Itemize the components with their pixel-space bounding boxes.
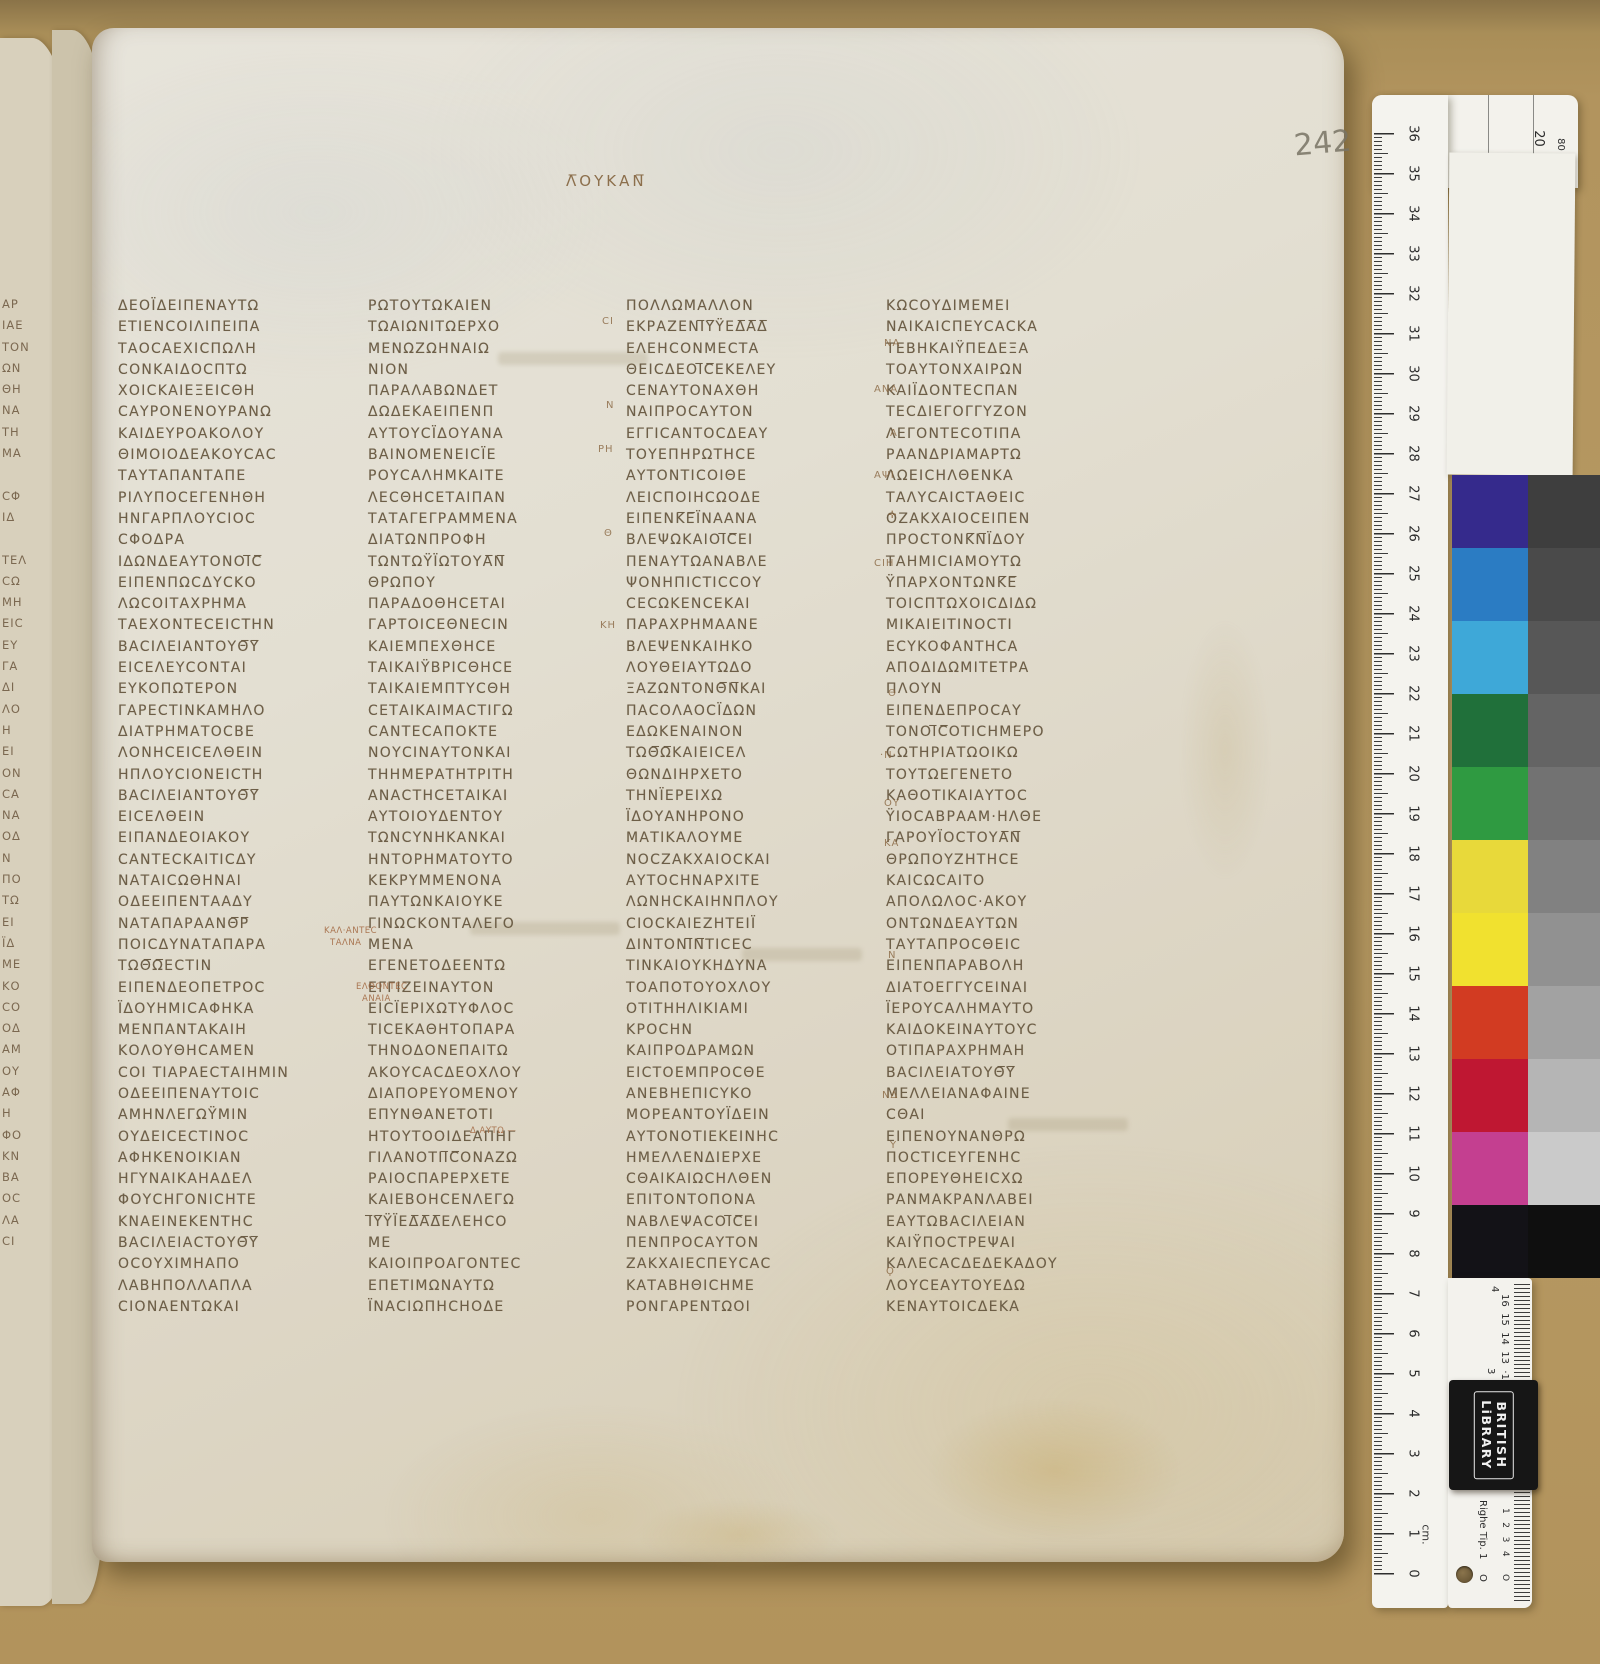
ruler-cm-number: 3 xyxy=(1406,1441,1421,1467)
cm-ticks xyxy=(1374,133,1394,1576)
edge-fragment: ΑΦ xyxy=(2,1085,56,1106)
manuscript-line: ΕΥΚΟΠΩΤΕΡΟΝ xyxy=(118,679,370,700)
manuscript-line: ΤΑΙΚΑΙΫΒΡΙϹΘΗϹΕ xyxy=(368,658,620,679)
color-swatch xyxy=(1528,986,1600,1059)
edge-fragment: ΤΩ xyxy=(2,893,56,914)
manuscript-line: ΚΑΙΕΒΟΗϹΕΝΛΕΓΩ xyxy=(368,1190,620,1211)
color-swatch xyxy=(1528,548,1600,621)
edge-fragment: ΙΑΕ xyxy=(2,318,56,339)
manuscript-line: ϹΙΟϹΚΑΙΕΖΗΤΕΙΪ xyxy=(626,914,878,935)
manuscript-line: ΘΡΩΠΟΥΖΗΤΗϹΕ xyxy=(886,850,1138,871)
ruler: 0123456789101112131415161718192021222324… xyxy=(1372,95,1448,1608)
running-title: Λ̅ΟΥΚΑΝ̅ xyxy=(566,172,647,190)
secondary-scale-ticks xyxy=(1514,1284,1530,1378)
manuscript-line: ϹΑΝΤΕϹΑΠΟΚΤΕ xyxy=(368,722,620,743)
manuscript-line: ΠΑΡΑΧΡΗΜΑΑΝΕ xyxy=(626,615,878,636)
margin-mark: ΑΝΑ xyxy=(874,384,898,395)
manuscript-line: ΜΕ xyxy=(368,1233,620,1254)
manuscript-line: ΘΩΝΔΙΗΡΧΕΤΟ xyxy=(626,765,878,786)
color-swatch xyxy=(1452,548,1528,621)
margin-mark: ✛ xyxy=(888,510,897,521)
edge-fragment: ΕΙ xyxy=(2,915,56,936)
manuscript-line: ΨΟΝΗΠΙϹΤΙϹϹΟΥ xyxy=(626,573,878,594)
manuscript-line: ϹΑΥΡΟΝΕΝΟΥΡΑΝΩ xyxy=(118,402,370,423)
margin-mark: ΡΗ xyxy=(598,444,614,455)
manuscript-line: ΘΙΜΟΙΟΔΕΑΚΟΥϹΑϹ xyxy=(118,445,370,466)
margin-mark: ·Ν· xyxy=(880,750,897,761)
ruler-cm-number: 22 xyxy=(1406,681,1421,707)
manuscript-line: ΕΠΥΝΘΑΝΕΤΟΤΙ xyxy=(368,1105,620,1126)
secondary-scale-numbers-high: 16 15 14 13 ·12 xyxy=(1499,1294,1510,1386)
manuscript-line: ΒΑϹΙΛΕΙΑΤΟΥΘ̅Υ̅ xyxy=(886,1063,1138,1084)
color-swatch xyxy=(1452,1059,1528,1132)
secondary-scale-extra: 4 xyxy=(1489,1286,1500,1292)
manuscript-line: ΗΝΓΑΡΠΛΟΥϹΙΟϹ xyxy=(118,509,370,530)
ruler-cm-number: 18 xyxy=(1406,841,1421,867)
ruler-cm-number: 29 xyxy=(1406,401,1421,427)
manuscript-line: ΗΠΛΟΥϹΙΟΝΕΙϹΤΗ xyxy=(118,765,370,786)
color-swatch xyxy=(1528,694,1600,767)
manuscript-line: ΕΙΠΕΝΔΕΠΡΟϹΑΥ xyxy=(886,701,1138,722)
manuscript-line: ΕΙΠΕΝΠΩϹΔΥϹΚΟ xyxy=(118,573,370,594)
margin-mark: ΑΨΙ xyxy=(874,470,895,481)
manuscript-line: ΔΙΑΤΡΗΜΑΤΟϹΒΕ xyxy=(118,722,370,743)
manuscript-line: ΘΡΩΠΟΥ xyxy=(368,573,620,594)
edge-fragment: ΤΕΛ xyxy=(2,553,56,574)
ruler-cm-number: 33 xyxy=(1406,241,1421,267)
edge-fragment xyxy=(2,531,56,552)
manuscript-line: ΚΩϹΟΥΔΙΜΕΜΕΙ xyxy=(886,296,1138,317)
parchment-stain xyxy=(1180,620,1270,880)
edge-fragment: ΚΟ xyxy=(2,979,56,1000)
manuscript-line: ΑΚΟΥϹΑϹΔΕΟΧΛΟΥ xyxy=(368,1063,620,1084)
edge-fragment: ϹΩ xyxy=(2,574,56,595)
manuscript-line: ΔΙΝΤΟΝΙ̅Ν̅ΤΙϹΕϹ xyxy=(626,935,878,956)
manuscript-line: ΔΕΟΪΔΕΙΠΕΝΑΥΤΩ xyxy=(118,296,370,317)
manuscript-line: ΚΑΘΟΤΙΚΑΙΑΥΤΟϹ xyxy=(886,786,1138,807)
edge-fragment: ΟΔ xyxy=(2,1021,56,1042)
manuscript-line: ΑΥΤΟϹΗΝΑΡΧΙΤΕ xyxy=(626,871,878,892)
edge-fragment: ΜΕ xyxy=(2,957,56,978)
parchment-stain xyxy=(640,1500,840,1570)
manuscript-line: ΓΑΡΟΥΪΟϹΤΟΥΑ̅Ν̅ xyxy=(886,828,1138,849)
manuscript-line: ΝΟΥϹΙΝΑΥΤΟΝΚΑΙ xyxy=(368,743,620,764)
manuscript-line: ΠΕΝΑΥΤΩΑΝΑΒΛΕ xyxy=(626,552,878,573)
manuscript-line: ΤΕΒΗΚΑΙΫΠΕΔΕΞΑ xyxy=(886,339,1138,360)
edge-fragment: ΛΟ xyxy=(2,702,56,723)
manuscript-line: ΠΑϹΟΛΑΟϹΪΔΩΝ xyxy=(626,701,878,722)
color-swatch xyxy=(1528,767,1600,840)
ruler-cm-number: 6 xyxy=(1406,1321,1421,1347)
manuscript-line: ΚΑΙϹΩϹΑΙΤΟ xyxy=(886,871,1138,892)
edge-fragment: ϹΙ xyxy=(2,1234,56,1255)
manuscript-line: ΕΠΕΤΙΜΩΝΑΥΤΩ xyxy=(368,1276,620,1297)
manuscript-line: ΜΕΛΛΕΙΑΝΑΦΑΙΝΕ xyxy=(886,1084,1138,1105)
manuscript-line: ΒΑϹΙΛΕΙΑϹΤΟΥΘ̅Υ̅ xyxy=(118,1233,370,1254)
british-library-label-line2: LiBRARY xyxy=(1478,1400,1493,1470)
manuscript-line: ΚΡΟϹΗΝ xyxy=(626,1020,878,1041)
manuscript-line: ϹΦΟΔΡΑ xyxy=(118,530,370,551)
manuscript-line: ΠΑΡΑΔΟΘΗϹΕΤΑΙ xyxy=(368,594,620,615)
text-column-4: ΚΩϹΟΥΔΙΜΕΜΕΙΝΑΙΚΑΙϹΠΕΥϹΑϹΚΑΤΕΒΗΚΑΙΫΠΕΔΕΞ… xyxy=(886,296,1138,1318)
manuscript-line: ΤΗΝΪΕΡΕΙΧΩ xyxy=(626,786,878,807)
ruler-cm-number: 11 xyxy=(1406,1121,1421,1147)
edge-fragment: ΝΑ xyxy=(2,808,56,829)
manuscript-line: ΕΚΡΑΖΕΝΙ̅Υ̅ΫΕΔ̅Α̅Δ̅ xyxy=(626,317,878,338)
manuscript-line: ϹΕΝΑΥΤΟΝΑΧΘΗ xyxy=(626,381,878,402)
edge-fragment: ΟϹ xyxy=(2,1191,56,1212)
margin-mark: Α xyxy=(890,428,898,439)
edge-fragment: ΠΟ xyxy=(2,872,56,893)
manuscript-line: ΡΑΑΝΔΡΙΑΜΑΡΤΩ xyxy=(886,445,1138,466)
manuscript-line: ΤΑΙΚΑΙΕΜΠΤΥϹΘΗ xyxy=(368,679,620,700)
manuscript-line: ΠΡΟϹΤΟΝΚ̅Ν̅ΪΔΟΥ xyxy=(886,530,1138,551)
ruler-top-code: 20 xyxy=(1531,130,1546,147)
manuscript-line: ΪΕΡΟΥϹΑΛΗΜΑΥΤΟ xyxy=(886,999,1138,1020)
manuscript-line: ΟΔΕΕΙΠΕΝΑΥΤΟΙϹ xyxy=(118,1084,370,1105)
manuscript-line: ΤΟΑΥΤΟΝΧΑΙΡΩΝ xyxy=(886,360,1138,381)
manuscript-line: ΚΑΙΕΜΠΕΧΘΗϹΕ xyxy=(368,637,620,658)
manuscript-line: ΤΩΑΙΩΝΙΤΩΕΡΧΟ xyxy=(368,317,620,338)
manuscript-line: ΕΠΙΤΟΝΤΟΠΟΝΑ xyxy=(626,1190,878,1211)
manuscript-line: ΤΑΛΥϹΑΙϹΤΑΘΕΙϹ xyxy=(886,488,1138,509)
manuscript-line: ΠΛΟΥΝ xyxy=(886,679,1138,700)
manuscript-line: ΚΑΛΕϹΑϹΔΕΔΕΚΑΔΟΥ xyxy=(886,1254,1138,1275)
margin-mark: Υ xyxy=(890,1140,897,1151)
manuscript-line: ΦΟΥϹΗΓΟΝΙϹΗΤΕ xyxy=(118,1190,370,1211)
edge-fragment: ΘΗ xyxy=(2,382,56,403)
color-swatch xyxy=(1452,913,1528,986)
text-column-1: ΔΕΟΪΔΕΙΠΕΝΑΥΤΩΕΤΙΕΝϹΟΙΛΙΠΕΙΠΑΤΑΟϹΑΕΧΙϹΠΩ… xyxy=(118,296,370,1318)
manuscript-line: ΑΝΑϹΤΗϹΕΤΑΙΚΑΙ xyxy=(368,786,620,807)
manuscript-line: ΟΖΑΚΧΑΙΟϹΕΙΠΕΝ xyxy=(886,509,1138,530)
marginal-gloss: ΚΑΛ·ΑΝΤΕϹ xyxy=(324,926,377,936)
manuscript-line: ΚΑΙΠΡΟΔΡΑΜΩΝ xyxy=(626,1041,878,1062)
manuscript-line: ΞΑΖΩΝΤΟΝΘ̅Ν̅ΚΑΙ xyxy=(626,679,878,700)
manuscript-line: ΤΟΑΠΟΤΟΥΟΧΛΟΥ xyxy=(626,978,878,999)
ruler-cm-number: 30 xyxy=(1406,361,1421,387)
manuscript-line: ΓΑΡΕϹΤΙΝΚΑΜΗΛΟ xyxy=(118,701,370,722)
manuscript-line: ΡΑΙΟϹΠΑΡΕΡΧΕΤΕ xyxy=(368,1169,620,1190)
manuscript-line: ΤΩΝΤΩΫΪΩΤΟΥΑ̅Ν̅ xyxy=(368,552,620,573)
manuscript-line: ΧΟΙϹΚΑΙΕΞΕΙϹΘΗ xyxy=(118,381,370,402)
edge-fragment: ΚΝ xyxy=(2,1149,56,1170)
manuscript-line: ΛΑΒΗΠΟΛΛΑΠΛΑ xyxy=(118,1276,370,1297)
manuscript-line: ϹΙΟΝΑΕΝΤΩΚΑΙ xyxy=(118,1297,370,1318)
manuscript-line: ΠΟϹΤΙϹΕΥΓΕΝΗϹ xyxy=(886,1148,1138,1169)
manuscript-line: ΚΕΚΡΥΜΜΕΝΟΝΑ xyxy=(368,871,620,892)
manuscript-line: ΚΑΙΪΔΟΝΤΕϹΠΑΝ xyxy=(886,381,1138,402)
folio-number: 242 xyxy=(1293,124,1353,164)
manuscript-line: ΜΟΡΕΑΝΤΟΥΪΔΕΙΝ xyxy=(626,1105,878,1126)
manuscript-line: ΕΙΠΕΝΠΑΡΑΒΟΛΗ xyxy=(886,956,1138,977)
ruler-cm-number: 27 xyxy=(1406,481,1421,507)
manuscript-line: ΝΑΤΑΙϹΩΘΗΝΑΙ xyxy=(118,871,370,892)
manuscript-line: ΠΕΝΠΡΟϹΑΥΤΟΝ xyxy=(626,1233,878,1254)
edge-fragment: ΦΟ xyxy=(2,1128,56,1149)
edge-fragment: ΜΑ xyxy=(2,446,56,467)
manuscript-line: ΑΜΗΝΛΕΓΩΫΜΙΝ xyxy=(118,1105,370,1126)
edge-fragment: ΤΟΝ xyxy=(2,340,56,361)
manuscript-line: ΙΔΩΝΔΕΑΥΤΟΝΟΙ̅Ϲ̅ xyxy=(118,552,370,573)
manuscript-line: ΕΙΠΑΝΔΕΟΙΑΚΟΥ xyxy=(118,828,370,849)
manuscript-line: ΗΓΥΝΑΙΚΑΗΑΔΕΛ xyxy=(118,1169,370,1190)
edge-fragment: ΪΔ xyxy=(2,936,56,957)
edge-fragment xyxy=(2,467,56,488)
marginal-gloss: ΑΝΑΙΑ xyxy=(362,994,391,1004)
manuscript-line: ΗΝΤΟΡΗΜΑΤΟΥΤΟ xyxy=(368,850,620,871)
color-chart-colors xyxy=(1452,475,1528,1278)
marginal-gloss: ΤΑΛΝΑ xyxy=(330,938,362,948)
manuscript-line: ΒΛΕΨΩΚΑΙΟΙ̅Ϲ̅ΕΙ xyxy=(626,530,878,551)
manuscript-line: ΒΑϹΙΛΕΙΑΝΤΟΥΘ̅Υ̅ xyxy=(118,786,370,807)
edge-fragment: ΑΜ xyxy=(2,1042,56,1063)
manuscript-line: ΕΙϹΪΕΡΙΧΩΤΥΦΛΟϹ xyxy=(368,999,620,1020)
manuscript-line: ΔΩΔΕΚΑΕΙΠΕΝΠ xyxy=(368,402,620,423)
edge-fragment: ΝΑ xyxy=(2,403,56,424)
ruler-top-code: 80 xyxy=(1555,138,1566,151)
ruler-cm-number: 13 xyxy=(1406,1041,1421,1067)
manuscript-line: ΟΤΙΠΑΡΑΧΡΗΜΑΗ xyxy=(886,1041,1138,1062)
manuscript-line: ΫΙΟϹΑΒΡΑΑΜ·ΗΛΘΕ xyxy=(886,807,1138,828)
ruler-cm-number: 7 xyxy=(1406,1281,1421,1307)
manuscript-line: ΪΔΟΥΗΜΙϹΑΦΗΚΑ xyxy=(118,999,370,1020)
manuscript-line: ΜΙΚΑΙΕΙΤΙΝΟϹΤΙ xyxy=(886,615,1138,636)
british-library-label-line1: BRITISH xyxy=(1493,1400,1508,1470)
manuscript-line: ΜΕΝΑ xyxy=(368,935,620,956)
manuscript-line: ΛΩΝΗϹΚΑΙΗΝΠΛΟΥ xyxy=(626,892,878,913)
manuscript-line: ΝΟϹΖΑΚΧΑΙΟϹΚΑΙ xyxy=(626,850,878,871)
color-swatch xyxy=(1528,621,1600,694)
edge-fragment: ΕΥ xyxy=(2,638,56,659)
ruler-cm-number: 20 xyxy=(1406,761,1421,787)
british-library-label: BRITISH LiBRARY xyxy=(1449,1380,1538,1490)
manuscript-line: ΤΟΥΕΠΗΡΩΤΗϹΕ xyxy=(626,445,878,466)
manuscript-line: ΕΔΩΚΕΝΑΙΝΟΝ xyxy=(626,722,878,743)
edge-fragment: ΟΔ xyxy=(2,829,56,850)
edge-fragment: Η xyxy=(2,1106,56,1127)
manuscript-line: ΚΑΙΔΕΥΡΟΑΚΟΛΟΥ xyxy=(118,424,370,445)
manuscript-line: ΛΟΝΗϹΕΙϹΕΛΘΕΙΝ xyxy=(118,743,370,764)
ruler-cm-number: 34 xyxy=(1406,201,1421,227)
ruler-cm-number: 1 xyxy=(1406,1521,1421,1547)
ruler-cm-number: 31 xyxy=(1406,321,1421,347)
margin-mark: Ν xyxy=(888,950,896,961)
manuscript-line: ΤΟΥΤΩΕΓΕΝΕΤΟ xyxy=(886,765,1138,786)
margin-mark: ΚΗ xyxy=(600,620,616,631)
margin-mark: ΝΔ xyxy=(882,1090,898,1101)
edge-fragment: ΤΗ xyxy=(2,425,56,446)
manuscript-line: ΪΔΟΥΑΝΗΡΟΝΟ xyxy=(626,807,878,828)
manuscript-line: ΑΥΤΟΝΟΤΙΕΚΕΙΝΗϹ xyxy=(626,1127,878,1148)
manuscript-line: ΡΙΛΥΠΟϹΕΓΕΝΗΘΗ xyxy=(118,488,370,509)
manuscript-line: ϹΟΝΚΑΙΔΟϹΠΤΩ xyxy=(118,360,370,381)
secondary-scale-label: Righe Tip. 1 xyxy=(1477,1500,1488,1559)
manuscript-line: ΝΑΙΚΑΙϹΠΕΥϹΑϹΚΑ xyxy=(886,317,1138,338)
edge-fragment: ϹΦ xyxy=(2,489,56,510)
manuscript-line: ΛΕΓΟΝΤΕϹΟΤΙΠΑ xyxy=(886,424,1138,445)
ruler-cm-number: 10 xyxy=(1406,1161,1421,1187)
ruler-cm-number: 15 xyxy=(1406,961,1421,987)
edge-fragment: ΑΡ xyxy=(2,297,56,318)
edge-fragment: ΜΗ xyxy=(2,595,56,616)
color-swatch xyxy=(1452,986,1528,1059)
margin-mark: Θ xyxy=(888,688,897,699)
manuscript-line: ΡΑΝΜΑΚΡΑΝΛΑΒΕΙ xyxy=(886,1190,1138,1211)
manuscript-line: ΤΕϹΔΙΕΓΟΓΓΥΖΟΝ xyxy=(886,402,1138,423)
photo-stage: ΑΡΙΑΕΤΟΝΩΝΘΗΝΑΤΗΜΑϹΦΙΔΤΕΛϹΩΜΗΕΙϹΕΥΓΑΔΙΛΟ… xyxy=(0,0,1600,1664)
manuscript-line: ΔΙΑΠΟΡΕΥΟΜΕΝΟΥ xyxy=(368,1084,620,1105)
color-swatch xyxy=(1452,1132,1528,1205)
edge-fragment: ΓΑ xyxy=(2,659,56,680)
manuscript-line: ΤΑΥΤΑΠΑΝΤΑΠΕ xyxy=(118,466,370,487)
ruler-cm-number: 28 xyxy=(1406,441,1421,467)
color-chart-grayscale xyxy=(1528,475,1600,1278)
manuscript-line: ΕΤΙΕΝϹΟΙΛΙΠΕΙΠΑ xyxy=(118,317,370,338)
manuscript-line: ΤΗΝΟΔΟΝΕΠΑΙΤΩ xyxy=(368,1041,620,1062)
manuscript-line: ΤΩΘ̅Ω̅ΕϹΤΙΝ xyxy=(118,956,370,977)
edge-fragment: ΔΙ xyxy=(2,680,56,701)
color-swatch xyxy=(1452,840,1528,913)
manuscript-line: ΕΠΟΡΕΥΘΗΕΙϹΧΩ xyxy=(886,1169,1138,1190)
edge-fragment: ϹΑ xyxy=(2,787,56,808)
manuscript-line: ΟϹΟΥΧΙΜΗΑΠΟ xyxy=(118,1254,370,1275)
edge-fragment: ΕΙ xyxy=(2,744,56,765)
manuscript-line: ΤΑΤΑΓΕΓΡΑΜΜΕΝΑ xyxy=(368,509,620,530)
manuscript-line: ϹΟΙ ΤΙΑΡΑΕϹΤΑΙΗΜΙΝ xyxy=(118,1063,370,1084)
manuscript-line: ΒΑϹΙΛΕΙΑΝΤΟΥΘ̅Υ̅ xyxy=(118,637,370,658)
text-column-3: ΠΟΛΛΩΜΑΛΛΟΝΕΚΡΑΖΕΝΙ̅Υ̅ΫΕΔ̅Α̅Δ̅ΕΛΕΗϹΟΝΜΕϹ… xyxy=(626,296,878,1318)
manuscript-line: ΜΕΝΠΑΝΤΑΚΑΙΗ xyxy=(118,1020,370,1041)
color-swatch xyxy=(1528,840,1600,913)
manuscript-line: ΕΙΠΕΝΟΥΝΑΝΘΡΩ xyxy=(886,1127,1138,1148)
manuscript-line: ϹΑΝΤΕϹΚΑΙΤΙϹΔΥ xyxy=(118,850,370,871)
color-swatch xyxy=(1528,475,1600,548)
edge-fragment: ΒΑ xyxy=(2,1170,56,1191)
manuscript-line: ΤΑΥΤΑΠΡΟϹΘΕΙϹ xyxy=(886,935,1138,956)
manuscript-line: ΤΟΝΟΙ̅Ϲ̅ΟΤΙϹΗΜΕΡΟ xyxy=(886,722,1138,743)
manuscript-line: ΔΙΑΤΟΕΓΓΥϹΕΙΝΑΙ xyxy=(886,978,1138,999)
color-swatch xyxy=(1528,1132,1600,1205)
ruler-cm-number: 5 xyxy=(1406,1361,1421,1387)
ruler-cm-number: 2 xyxy=(1406,1481,1421,1507)
manuscript-line: ΒΛΕΨΕΝΚΑΙΗΚΟ xyxy=(626,637,878,658)
manuscript-line: ΤΙϹΕΚΑΘΗΤΟΠΑΡΑ xyxy=(368,1020,620,1041)
secondary-scale-numbers-low: 1 2 3 4 xyxy=(1500,1508,1510,1557)
margin-mark: ΝΑ xyxy=(884,338,900,349)
manuscript-line: ΚΑΙΔΟΚΕΙΝΑΥΤΟΥϹ xyxy=(886,1020,1138,1041)
ruler-ticks xyxy=(1374,133,1396,1576)
ruler-cm-number: 14 xyxy=(1406,1001,1421,1027)
ruler-cm-number: 16 xyxy=(1406,921,1421,947)
edge-fragment: ΙΔ xyxy=(2,510,56,531)
interlinear-gloss: Δ ΑΥΤΩ — xyxy=(470,1126,516,1136)
manuscript-line: ΛΕΙϹΠΟΙΗϹΩΟΔΕ xyxy=(626,488,878,509)
ruler-cm-number: 4 xyxy=(1406,1401,1421,1427)
manuscript-line: Ι̅Υ̅ΫΪΕΔ̅Α̅Δ̅ΕΛΕΗϹΟ xyxy=(368,1212,620,1233)
manuscript-line: ΟΤΙΤΗΗΛΙΚΙΑΜΙ xyxy=(626,999,878,1020)
manuscript-line: ΟΥΔΕΙϹΕϹΤΙΝΟϹ xyxy=(118,1127,370,1148)
edge-fragment xyxy=(2,1255,56,1276)
manuscript-line: ΕΙϹΤΟΕΜΠΡΟϹΘΕ xyxy=(626,1063,878,1084)
manuscript-line: ϹΕϹΩΚΕΝϹΕΚΑΙ xyxy=(626,594,878,615)
manuscript-line: ΡΩΤΟΥΤΩΚΑΙΕΝ xyxy=(368,296,620,317)
british-library-label-frame: BRITISH LiBRARY xyxy=(1473,1391,1513,1479)
color-swatch xyxy=(1452,621,1528,694)
ruler-cm-number: 24 xyxy=(1406,601,1421,627)
manuscript-line: ΕΛΕΗϹΟΝΜΕϹΤΑ xyxy=(626,339,878,360)
ruler-cm-number: 26 xyxy=(1406,521,1421,547)
manuscript-line: ΒΑΙΝΟΜΕΝΕΙϹΪΕ xyxy=(368,445,620,466)
ruler-cm-number: 23 xyxy=(1406,641,1421,667)
facing-page-text-fragments: ΑΡΙΑΕΤΟΝΩΝΘΗΝΑΤΗΜΑϹΦΙΔΤΕΛϹΩΜΗΕΙϹΕΥΓΑΔΙΛΟ… xyxy=(2,297,56,1277)
manuscript-line: ΓΑΡΤΟΙϹΕΘΝΕϹΙΝ xyxy=(368,615,620,636)
color-swatch xyxy=(1452,475,1528,548)
manuscript-line: ΛΩΕΙϹΗΛΘΕΝΚΑ xyxy=(886,466,1138,487)
ruler-cm-number: 17 xyxy=(1406,881,1421,907)
manuscript-line: ΤΑΟϹΑΕΧΙϹΠΩΛΗ xyxy=(118,339,370,360)
manuscript-line: ΕΙϹΕΛΕΥϹΟΝΤΑΙ xyxy=(118,658,370,679)
manuscript-line: ΫΠΑΡΧΟΝΤΩΝΚ̅Ε̅ xyxy=(886,573,1138,594)
secondary-scale-ticks xyxy=(1514,1492,1530,1604)
manuscript-line: ΜΑΤΙΚΑΛΟΥΜΕ xyxy=(626,828,878,849)
ruler-cm-number: 21 xyxy=(1406,721,1421,747)
manuscript-line: ΓΙΛΑΝΟΤΙΙ̅Ϲ̅ΟΝΑΖΩ xyxy=(368,1148,620,1169)
edge-fragment: ΩΝ xyxy=(2,361,56,382)
manuscript-line: ϹΘΑΙΚΑΙΩϹΗΛΘΕΝ xyxy=(626,1169,878,1190)
manuscript-line: ΑΦΗΚΕΝΟΙΚΙΑΝ xyxy=(118,1148,370,1169)
manuscript-line: ΤΑΕΧΟΝΤΕϹΕΙϹΤΗΝ xyxy=(118,615,370,636)
manuscript-line: ΤΑΗΜΙϹΙΑΜΟΥΤΩ xyxy=(886,552,1138,573)
manuscript-line: ΕΑΥΤΩΒΑϹΙΛΕΙΑΝ xyxy=(886,1212,1138,1233)
margin-mark: ΟΥ xyxy=(884,798,900,809)
manuscript-line: ΑΥΤΟΥϹΪΔΟΥΑΝΑ xyxy=(368,424,620,445)
manuscript-line: ΚΑΤΑΒΗΘΙϹΗΜΕ xyxy=(626,1276,878,1297)
manuscript-line: ϹΘΑΙ xyxy=(886,1105,1138,1126)
manuscript-line: ΝΙΟΝ xyxy=(368,360,620,381)
ruler-cm-number: 19 xyxy=(1406,801,1421,827)
ruler-cm-number: 36 xyxy=(1406,121,1421,147)
manuscript-line: ΕΓΕΝΕΤΟΔΕΕΝΤΩ xyxy=(368,956,620,977)
edge-fragment: ΛΑ xyxy=(2,1213,56,1234)
manuscript-line: ΑΥΤΟΝΤΙϹΟΙΘΕ xyxy=(626,466,878,487)
manuscript-line: ΤΗΗΜΕΡΑΤΗΤΡΙΤΗ xyxy=(368,765,620,786)
margin-mark: ϹΙΗ xyxy=(874,558,894,569)
manuscript-line: ΤΩΘ̅Ω̅ΚΑΙΕΙϹΕΛ xyxy=(626,743,878,764)
color-swatch xyxy=(1452,694,1528,767)
manuscript-line: ΓΙΝΩϹΚΟΝΤΑΛΕΓΟ xyxy=(368,914,620,935)
ruler-cm-number: 9 xyxy=(1406,1201,1421,1227)
edge-fragment: Ν xyxy=(2,851,56,872)
manuscript-line: ΕΙΠΕΝΔΕΟΠΕΤΡΟϹ xyxy=(118,978,370,999)
manuscript-line: ΠΟΛΛΩΜΑΛΛΟΝ xyxy=(626,296,878,317)
manuscript-line: ΚΑΙΟΙΠΡΟΑΓΟΝΤΕϹ xyxy=(368,1254,620,1275)
manuscript-line: ΑΝΕΒΗΕΠΙϹΥΚΟ xyxy=(626,1084,878,1105)
marginal-gloss: ΕΛΘΟΝΤΕϹ xyxy=(356,982,407,992)
manuscript-line: ΝΑΒΛΕΨΑϹΟΙ̅Ϲ̅ΕΙ xyxy=(626,1212,878,1233)
manuscript-line: ΟΔΕΕΙΠΕΝΤΑΑΔΥ xyxy=(118,892,370,913)
manuscript-line: ΕϹΥΚΟΦΑΝΤΗϹΑ xyxy=(886,637,1138,658)
color-swatch xyxy=(1528,1059,1600,1132)
ruler-cm-number: 35 xyxy=(1406,161,1421,187)
manuscript-line: ϹΩΤΗΡΙΑΤΩΟΙΚΩ xyxy=(886,743,1138,764)
manuscript-line: ΚΟΛΟΥΘΗϹΑΜΕΝ xyxy=(118,1041,370,1062)
manuscript-line: ΤΙΝΚΑΙΟΥΚΗΔΥΝΑ xyxy=(626,956,878,977)
manuscript-line: ΡΟΝΓΑΡΕΝΤΩΟΙ xyxy=(626,1297,878,1318)
edge-fragment: Η xyxy=(2,723,56,744)
ruler-unit-label: cm. xyxy=(1420,1524,1433,1544)
ruler-cm-number: 32 xyxy=(1406,281,1421,307)
